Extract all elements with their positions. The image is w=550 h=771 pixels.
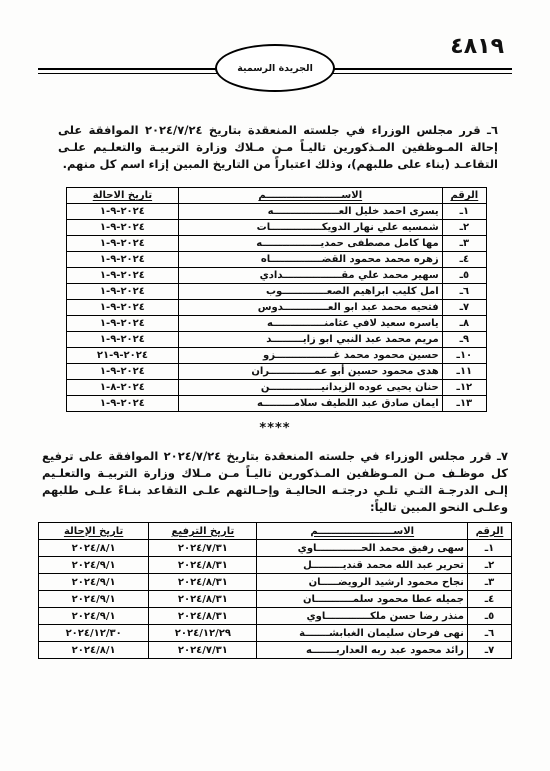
referral-date-cell: ٢٠٢٤/٩/١ (39, 557, 149, 574)
row-number-cell: ٣ـ (442, 236, 486, 252)
referral-date-cell: ٢٠٢٤/١٢/٣٠ (39, 625, 149, 642)
referral-date-cell: ٢٠٢٤/٩/١ (39, 608, 149, 625)
row-number-cell: ٥ـ (467, 608, 511, 625)
employee-name-cell: زهره محمد محمود القضـــــــــــــــاه (178, 252, 442, 268)
employee-name-cell: يسرى احمد خليل العـــــــــــــــــــه (178, 204, 442, 220)
table-row: ١٣ـ ايمان صادق عبد اللطيف سلامـــــــــه… (67, 396, 487, 412)
row-number-cell: ١٠ـ (442, 348, 486, 364)
referral-date-cell: ٢٠٢٤/٨/١ (39, 642, 149, 659)
row-number-cell: ٧ـ (467, 642, 511, 659)
table-row: ٩ـ مريم محمد عبد النبي ابو زايـــــــــد… (67, 332, 487, 348)
referral-date-cell: ٢٠٢٤-٩-٢١ (67, 348, 179, 364)
referral-date-cell: ٢٠٢٤-٩-١ (67, 220, 179, 236)
row-number-cell: ٤ـ (442, 252, 486, 268)
gazette-page: ٤٨١٩ الجريدة الرسمية ٦ـ قرر مجلس الوزراء… (0, 0, 550, 771)
employee-name-cell: شمسيه علي نهار الدويكـــــــــــــــات (178, 220, 442, 236)
promotion-date-cell: ٢٠٢٤/٨/٣١ (149, 557, 257, 574)
gazette-badge-label: الجريدة الرسمية (237, 63, 313, 74)
employee-name-cell: حنان يحيى عوده الزيدانيـــــــــــــــن (178, 380, 442, 396)
gazette-badge: الجريدة الرسمية (215, 44, 335, 92)
promotion-table-header: الرقم الاســــــــــــــــــــــم تاريخ … (39, 523, 512, 540)
referral-date-cell: ٢٠٢٤-٩-١ (67, 316, 179, 332)
column-header-name: الاســــــــــــــــــــــم (257, 523, 467, 540)
column-header-promotion-date: تاريخ الترفيع (149, 523, 257, 540)
decision-7-paragraph: ٧ـ قرر مجلس الوزراء في جلسته المنعقدة بت… (42, 448, 508, 516)
row-number-cell: ١١ـ (442, 364, 486, 380)
employee-name-cell: سهير محمد علي مقـــــــــــــــــدادي (178, 268, 442, 284)
promotion-date-cell: ٢٠٢٤/٧/٣١ (149, 540, 257, 557)
referral-date-cell: ٢٠٢٤-٩-١ (67, 284, 179, 300)
retirement-table-header: الرقم الاســــــــــــــــــــــم تاريخ … (67, 188, 487, 204)
referral-date-cell: ٢٠٢٤-٩-١ (67, 252, 179, 268)
row-number-cell: ١ـ (442, 204, 486, 220)
table-row: ٢ـ شمسيه علي نهار الدويكـــــــــــــــا… (67, 220, 487, 236)
referral-date-cell: ٢٠٢٤/٩/١ (39, 591, 149, 608)
table-row: ٦ـ امل كليب ابراهيم الصعـــــــــــــوب … (67, 284, 487, 300)
table-row: ١ـ يسرى احمد خليل العـــــــــــــــــــ… (67, 204, 487, 220)
referral-date-cell: ٢٠٢٤-٩-١ (67, 236, 179, 252)
column-header-number: الرقم (467, 523, 511, 540)
row-number-cell: ٢ـ (442, 220, 486, 236)
row-number-cell: ٨ـ (442, 316, 486, 332)
referral-date-cell: ٢٠٢٤-٨-١ (67, 380, 179, 396)
table-row: ٦ـ نهى فرحان سليمان الغبابشـــــــة ٢٠٢٤… (39, 625, 512, 642)
table-row: ٥ـ سهير محمد علي مقـــــــــــــــــدادي… (67, 268, 487, 284)
referral-date-cell: ٢٠٢٤-٩-١ (67, 332, 179, 348)
table-row: ٧ـ فتحيه محمد عبد ابو العـــــــــــــدو… (67, 300, 487, 316)
employee-name-cell: ايمان صادق عبد اللطيف سلامـــــــــه (178, 396, 442, 412)
row-number-cell: ٢ـ (467, 557, 511, 574)
column-header-referral-date: تاريخ الاحالة (67, 188, 179, 204)
row-number-cell: ٤ـ (467, 591, 511, 608)
referral-date-cell: ٢٠٢٤-٩-١ (67, 396, 179, 412)
decision-6-paragraph: ٦ـ قرر مجلس الوزراء في جلسته المنعقدة بت… (58, 122, 498, 173)
promotion-table: الرقم الاســــــــــــــــــــــم تاريخ … (38, 522, 512, 659)
table-row: ٣ـ مها كامل مصطفى حمديـــــــــــــــــه… (67, 236, 487, 252)
column-header-referral-date: تاريخ الإحالة (39, 523, 149, 540)
employee-name-cell: حسين محمود محمد غـــــــــــــــــزو (178, 348, 442, 364)
row-number-cell: ٣ـ (467, 574, 511, 591)
employee-name-cell: هدى محمود حسين أبو عمـــــــــــــران (178, 364, 442, 380)
promotion-date-cell: ٢٠٢٤/١٢/٢٩ (149, 625, 257, 642)
table-row: ٥ـ منذر رضا حسن ملكـــــــــــــاوي ٢٠٢٤… (39, 608, 512, 625)
page-number: ٤٨١٩ (450, 34, 504, 59)
retirement-table: الرقم الاســــــــــــــــــــــم تاريخ … (66, 187, 487, 412)
employee-name-cell: سهى رفيق محمد الحـــــــــــــاوي (257, 540, 467, 557)
column-header-name: الاســــــــــــــــــــــم (178, 188, 442, 204)
employee-name-cell: مريم محمد عبد النبي ابو زايـــــــــد (178, 332, 442, 348)
employee-name-cell: نجاح محمود ارشيد الرويضـــــان (257, 574, 467, 591)
table-row: ٤ـ جميله عطا محمود سلمـــــــــــان ٢٠٢٤… (39, 591, 512, 608)
referral-date-cell: ٢٠٢٤/٨/١ (39, 540, 149, 557)
row-number-cell: ٩ـ (442, 332, 486, 348)
row-number-cell: ٥ـ (442, 268, 486, 284)
referral-date-cell: ٢٠٢٤-٩-١ (67, 300, 179, 316)
referral-date-cell: ٢٠٢٤-٩-١ (67, 204, 179, 220)
table-row: ٣ـ نجاح محمود ارشيد الرويضـــــان ٢٠٢٤/٨… (39, 574, 512, 591)
table-row: ٧ـ رائد محمود عبد ربه العداربـــــــه ٢٠… (39, 642, 512, 659)
employee-name-cell: جميله عطا محمود سلمـــــــــــان (257, 591, 467, 608)
row-number-cell: ١٢ـ (442, 380, 486, 396)
row-number-cell: ٦ـ (442, 284, 486, 300)
referral-date-cell: ٢٠٢٤-٩-١ (67, 268, 179, 284)
table-row: ٨ـ ياسره سعيد لافي عثامنـــــــــــــــه… (67, 316, 487, 332)
employee-name-cell: تحرير عبد الله محمد قنديـــــــــل (257, 557, 467, 574)
row-number-cell: ٦ـ (467, 625, 511, 642)
row-number-cell: ٧ـ (442, 300, 486, 316)
table-row: ٢ـ تحرير عبد الله محمد قنديـــــــــل ٢٠… (39, 557, 512, 574)
section-separator-asterisks: **** (0, 421, 550, 436)
table-row: ١ـ سهى رفيق محمد الحـــــــــــــاوي ٢٠٢… (39, 540, 512, 557)
employee-name-cell: مها كامل مصطفى حمديـــــــــــــــــه (178, 236, 442, 252)
employee-name-cell: رائد محمود عبد ربه العداربـــــــه (257, 642, 467, 659)
referral-date-cell: ٢٠٢٤/٩/١ (39, 574, 149, 591)
employee-name-cell: امل كليب ابراهيم الصعـــــــــــــوب (178, 284, 442, 300)
employee-name-cell: ياسره سعيد لافي عثامنـــــــــــــــه (178, 316, 442, 332)
promotion-date-cell: ٢٠٢٤/٧/٣١ (149, 642, 257, 659)
retirement-table-body: ١ـ يسرى احمد خليل العـــــــــــــــــــ… (67, 204, 487, 412)
employee-name-cell: نهى فرحان سليمان الغبابشـــــــة (257, 625, 467, 642)
row-number-cell: ١٣ـ (442, 396, 486, 412)
promotion-date-cell: ٢٠٢٤/٨/٣١ (149, 574, 257, 591)
page-header: ٤٨١٩ الجريدة الرسمية (0, 0, 550, 96)
referral-date-cell: ٢٠٢٤-٩-١ (67, 364, 179, 380)
table-row: ١٠ـ حسين محمود محمد غـــــــــــــــــزو… (67, 348, 487, 364)
promotion-date-cell: ٢٠٢٤/٨/٣١ (149, 591, 257, 608)
column-header-number: الرقم (442, 188, 486, 204)
employee-name-cell: فتحيه محمد عبد ابو العـــــــــــــدوس (178, 300, 442, 316)
table-row: ٤ـ زهره محمد محمود القضـــــــــــــــاه… (67, 252, 487, 268)
table-row: ١١ـ هدى محمود حسين أبو عمـــــــــــــرا… (67, 364, 487, 380)
promotion-date-cell: ٢٠٢٤/٨/٣١ (149, 608, 257, 625)
employee-name-cell: منذر رضا حسن ملكـــــــــــــاوي (257, 608, 467, 625)
row-number-cell: ١ـ (467, 540, 511, 557)
promotion-table-body: ١ـ سهى رفيق محمد الحـــــــــــــاوي ٢٠٢… (39, 540, 512, 659)
table-row: ١٢ـ حنان يحيى عوده الزيدانيـــــــــــــ… (67, 380, 487, 396)
